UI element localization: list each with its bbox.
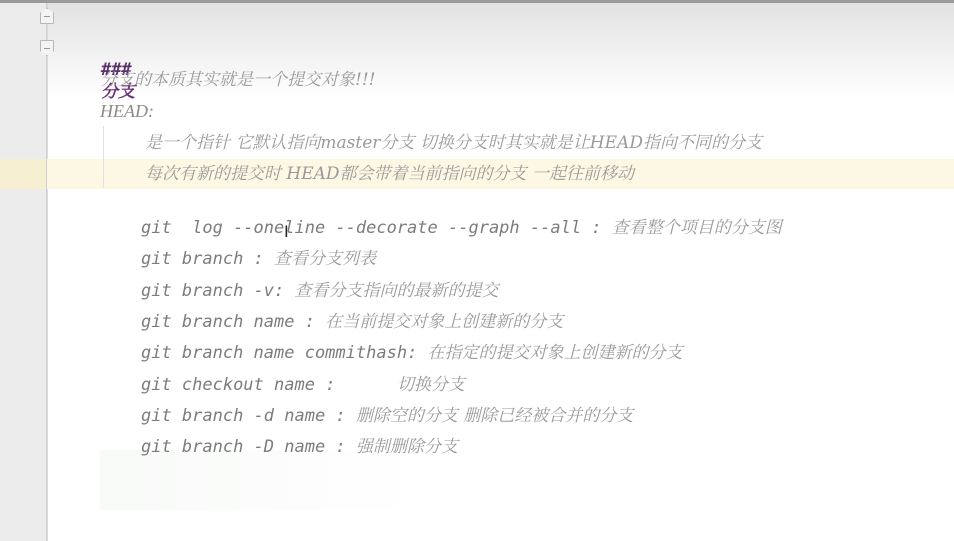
command-line[interactable]: git branch : 查看分支列表 (100, 226, 376, 248)
background-artifact (100, 450, 900, 510)
text-line-current[interactable]: 每次有新的提交时 HEAD都会带着当前指向的分支 一起往前移动 (145, 163, 634, 185)
command-line[interactable]: git branch -v: 查看分支指向的最新的提交 (100, 258, 499, 280)
gutter-fold-line (46, 3, 47, 541)
current-line-gutter-highlight (0, 159, 47, 189)
markdown-heading[interactable]: ### 分支 (60, 37, 135, 59)
command-line[interactable]: git branch -D name : 强制删除分支 (100, 414, 458, 436)
command-line[interactable]: git log --oneline --decorate --graph --a… (100, 195, 782, 217)
git-command: git branch -D name (141, 437, 325, 457)
text-line-head-label[interactable]: HEAD: (100, 100, 154, 122)
command-line[interactable]: git branch name commithash: 在指定的提交对象上创建新… (100, 320, 683, 342)
text-cursor-icon: I (284, 223, 292, 241)
command-line[interactable]: git branch -d name : 删除空的分支 删除已经被合并的分支 (100, 383, 633, 405)
command-description: 强制删除分支 (356, 437, 458, 457)
indent-guide (103, 126, 104, 188)
command-line[interactable]: git checkout name : 切换分支 (100, 352, 465, 374)
text-line[interactable]: 分支的本质其实就是一个提交对象!!! (100, 69, 376, 91)
command-line[interactable]: git branch name : 在当前提交对象上创建新的分支 (100, 289, 563, 311)
command-description: 查看整个项目的分支图 (612, 218, 782, 238)
text-line[interactable]: 是一个指针 它默认指向master分支 切换分支时其实就是让HEAD指向不同的分… (145, 132, 762, 154)
markdown-editor[interactable]: ### 分支 分支的本质其实就是一个提交对象!!! HEAD: 是一个指针 它默… (0, 0, 954, 541)
separator: : (325, 437, 356, 457)
separator: : (581, 218, 612, 238)
command-description: 在指定的提交对象上创建新的分支 (428, 343, 683, 363)
editor-gutter[interactable] (0, 3, 48, 541)
